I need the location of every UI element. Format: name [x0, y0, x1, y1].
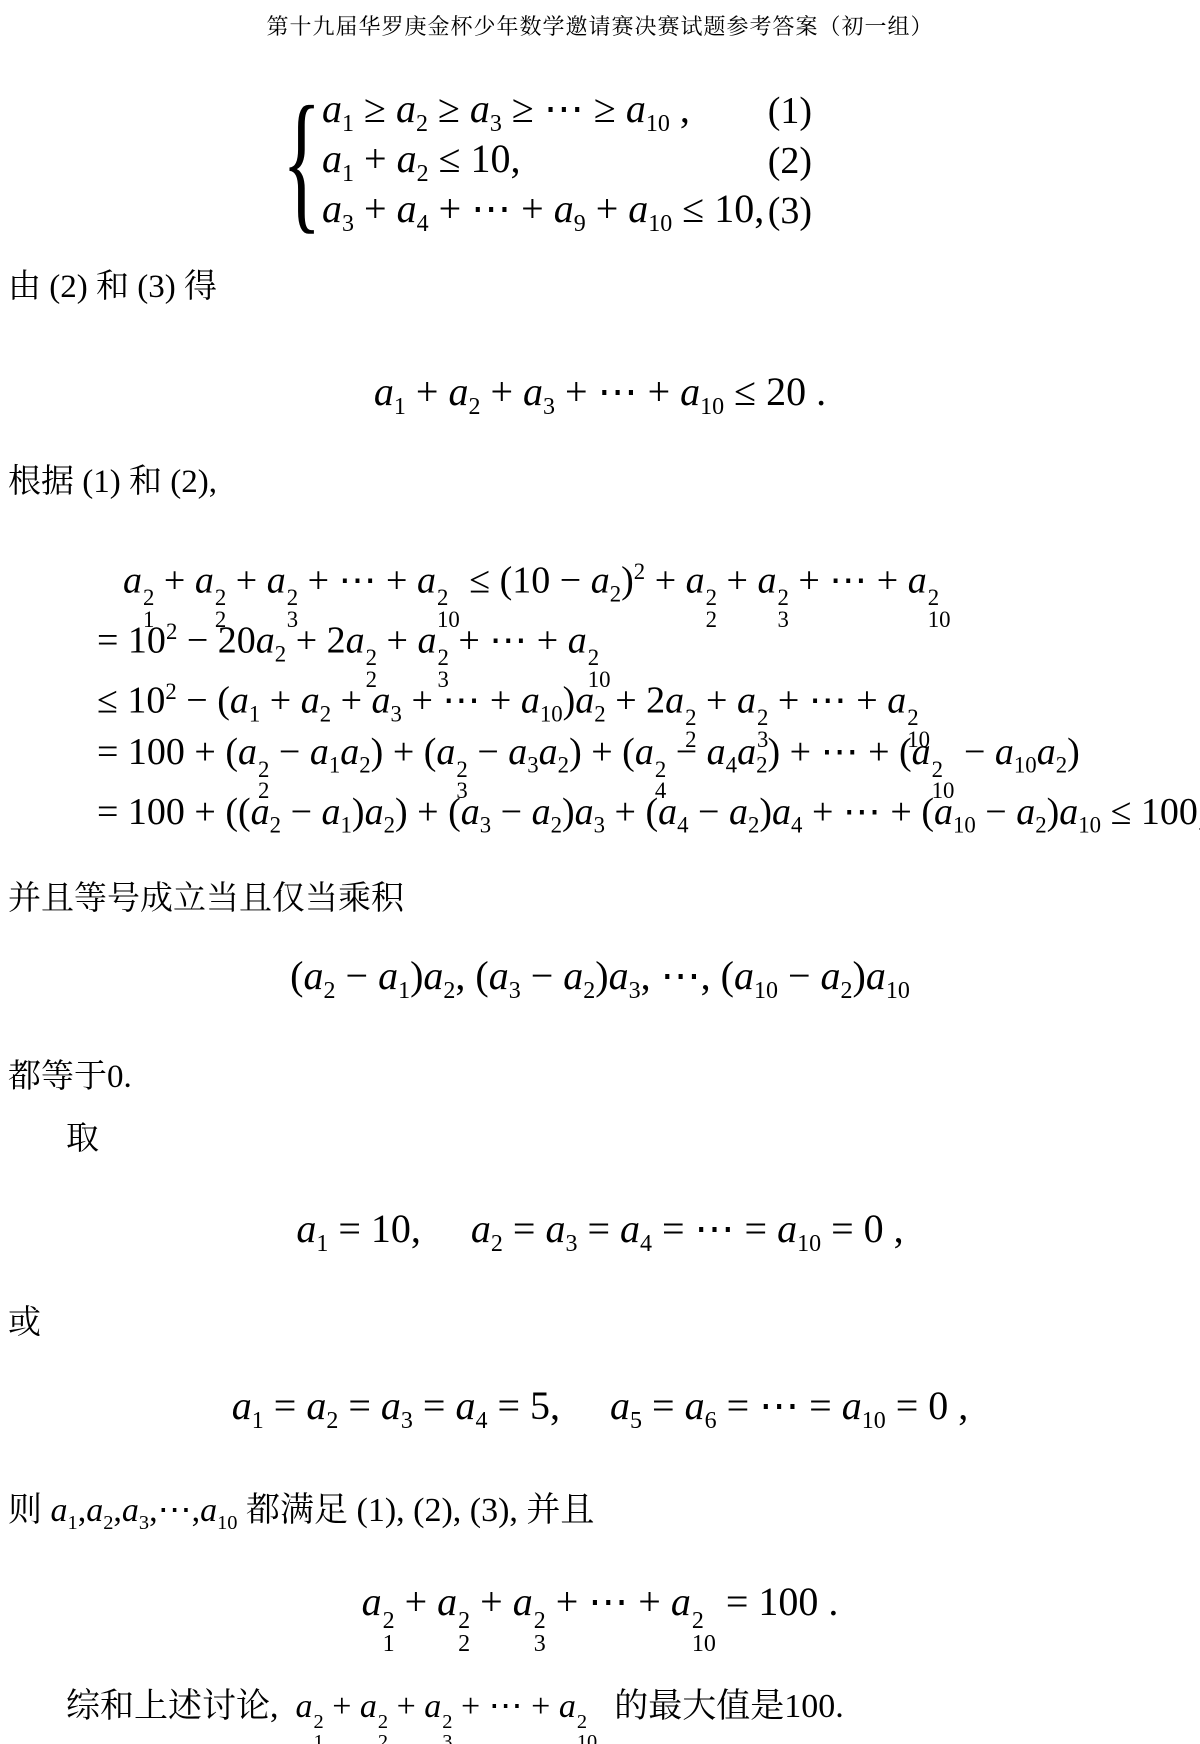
- para-from-2-3: 由 (2) 和 (3) 得: [8, 260, 217, 307]
- equation-3-number: (3): [768, 189, 812, 233]
- para-take: 取: [66, 1112, 99, 1159]
- equation-1: a1 ≥ a2 ≥ a3 ≥ ⋯ ≥ a10 ,: [322, 85, 690, 138]
- equation-2: a1 + a2 ≤ 10,: [322, 135, 521, 188]
- derivation-line-1: a21 + a22 + a23 + ⋯ + a210 ≤ (10 − a2)2 …: [123, 542, 1200, 602]
- derivation-line-4: = 100 + (a22 − a1a2) + (a23 − a3a2) + (a…: [97, 722, 1200, 782]
- display-eq-products: (a2 − a1)a2, (a3 − a2)a3, ⋯, (a10 − a2)a…: [0, 952, 1200, 1005]
- para-equality-condition: 并且等号成立当且仅当乘积: [8, 872, 404, 919]
- para-according-1-2: 根据 (1) 和 (2),: [8, 455, 217, 502]
- system-rows: a1 ≥ a2 ≥ a3 ≥ ⋯ ≥ a10 , (1) a1 + a2 ≤ 1…: [322, 86, 812, 236]
- system-left-brace: {: [282, 83, 321, 239]
- equation-system: { a1 ≥ a2 ≥ a3 ≥ ⋯ ≥ a10 , (1) a1 + a2 ≤…: [322, 86, 812, 236]
- derivation-block: a21 + a22 + a23 + ⋯ + a210 ≤ (10 − a2)2 …: [97, 542, 1200, 842]
- para-or: 或: [8, 1296, 41, 1343]
- derivation-line-2: = 102 − 20a2 + 2a22 + a23 + ⋯ + a210: [97, 602, 1200, 662]
- system-row-1: a1 ≥ a2 ≥ a3 ≥ ⋯ ≥ a10 , (1): [322, 86, 812, 136]
- para-conclusion: 综和上述讨论, a21 + a22 + a23 + ⋯ + a210 的最大值是…: [66, 1678, 844, 1744]
- derivation-line-3: ≤ 102 − (a1 + a2 + a3 + ⋯ + a10)a2 + 2a2…: [97, 662, 1200, 722]
- equation-2-number: (2): [768, 139, 812, 183]
- display-eq-sum-sq-100: a21 + a22 + a23 + ⋯ + a210 = 100 .: [0, 1578, 1200, 1656]
- system-row-3: a3 + a4 + ⋯ + a9 + a10 ≤ 10, (3): [322, 186, 812, 236]
- display-eq-case1: a1 = 10, a2 = a3 = a4 = ⋯ = a10 = 0 ,: [0, 1205, 1200, 1258]
- display-eq-sum-le-20: a1 + a2 + a3 + ⋯ + a10 ≤ 20 .: [0, 368, 1200, 421]
- page-title: 第十九届华罗庚金杯少年数学邀请赛决赛试题参考答案（初一组）: [0, 10, 1200, 41]
- display-eq-case2: a1 = a2 = a3 = a4 = 5, a5 = a6 = ⋯ = a10…: [0, 1382, 1200, 1435]
- equation-1-number: (1): [768, 89, 812, 133]
- system-row-2: a1 + a2 ≤ 10, (2): [322, 136, 812, 186]
- para-then-satisfy: 则 a1,a2,a3,⋯,a10 都满足 (1), (2), (3), 并且: [8, 1482, 594, 1535]
- para-all-zero: 都等于0.: [8, 1050, 132, 1097]
- derivation-line-5: = 100 + ((a2 − a1)a2) + (a3 − a2)a3 + (a…: [97, 782, 1200, 842]
- document-page: 第十九届华罗庚金杯少年数学邀请赛决赛试题参考答案（初一组） { a1 ≥ a2 …: [0, 0, 1200, 1744]
- equation-3: a3 + a4 + ⋯ + a9 + a10 ≤ 10,: [322, 185, 764, 238]
